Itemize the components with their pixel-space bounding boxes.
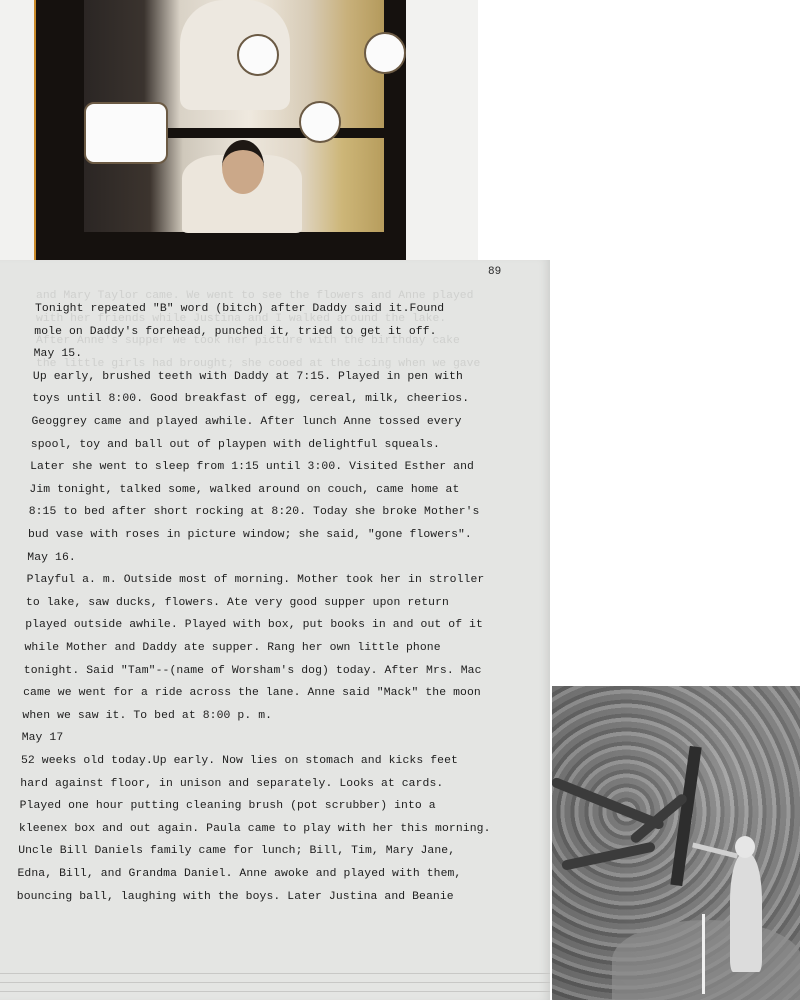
diary-text-line: Playful a. m. Outside most of morning. M… xyxy=(27,574,485,586)
film-damage-hole xyxy=(237,34,279,76)
diary-text-line: Tonight repeated "B" word (bitch) after … xyxy=(35,303,444,315)
page-stack-edge xyxy=(0,982,550,983)
diary-text-line: Later she went to sleep from 1:15 until … xyxy=(30,461,474,473)
diary-text-line: mole on Daddy's forehead, punched it, tr… xyxy=(34,326,436,338)
diary-text-line: Up early, brushed teeth with Daddy at 7:… xyxy=(33,371,463,383)
film-damage-hole xyxy=(364,32,406,74)
diary-text-line: played outside awhile. Played with box, … xyxy=(25,619,483,631)
diary-text-line: kleenex box and out again. Paula came to… xyxy=(19,823,491,835)
garden-path xyxy=(612,920,800,1000)
diary-text-line: Jim tonight, talked some, walked around … xyxy=(29,484,459,496)
diary-text-line: came we went for a ride across the lane.… xyxy=(23,687,481,699)
bleed-through-text: the little girls had brought; she cooed … xyxy=(36,358,480,370)
garden-photo xyxy=(552,686,800,1000)
diary-text-line: to lake, saw ducks, flowers. Ate very go… xyxy=(26,597,449,609)
diary-text-line: hard against floor, in unison and separa… xyxy=(20,778,443,790)
film-damage-hole xyxy=(299,101,341,143)
page-stack-edge xyxy=(0,991,550,992)
page-stack-edge xyxy=(0,973,550,974)
diary-text-line: toys until 8:00. Good breakfast of egg, … xyxy=(32,393,469,405)
diary-text-line: when we saw it. To bed at 8:00 p. m. xyxy=(22,710,272,722)
typewritten-diary-page: 89 and Mary Taylor came. We went to see … xyxy=(0,260,550,1000)
diary-date-heading: May 16. xyxy=(27,552,76,564)
diary-text-line: tonight. Said "Tam"--(name of Worsham's … xyxy=(24,665,482,677)
film-strip-photo xyxy=(0,0,478,262)
bleed-through-text: and Mary Taylor came. We went to see the… xyxy=(36,290,473,302)
diary-text-line: 8:15 to bed after short rocking at 8:20.… xyxy=(29,506,480,518)
diary-text-line: while Mother and Daddy ate supper. Rang … xyxy=(25,642,441,654)
diary-text-line: spool, toy and ball out of playpen with … xyxy=(31,439,440,451)
diary-text-line: Uncle Bill Daniels family came for lunch… xyxy=(18,845,455,857)
diary-text-line: 52 weeks old today.Up early. Now lies on… xyxy=(21,755,458,767)
woman-head xyxy=(735,836,755,858)
diary-date-heading: May 17 xyxy=(22,732,64,744)
diary-text-line: Played one hour putting cleaning brush (… xyxy=(20,800,436,812)
page-number: 89 xyxy=(488,266,501,278)
film-damage-hole xyxy=(84,102,168,164)
diary-text-line: Edna, Bill, and Grandma Daniel. Anne awo… xyxy=(18,868,462,880)
diary-text-line: bouncing ball, laughing with the boys. L… xyxy=(17,891,454,903)
diary-date-heading: May 15. xyxy=(34,348,83,360)
man-head-figure xyxy=(222,140,264,194)
diary-text-line: Geoggrey came and played awhile. After l… xyxy=(32,416,462,428)
walking-cane xyxy=(702,914,705,994)
elderly-woman-figure xyxy=(730,854,762,972)
diary-text-line: bud vase with roses in picture window; s… xyxy=(28,529,472,541)
